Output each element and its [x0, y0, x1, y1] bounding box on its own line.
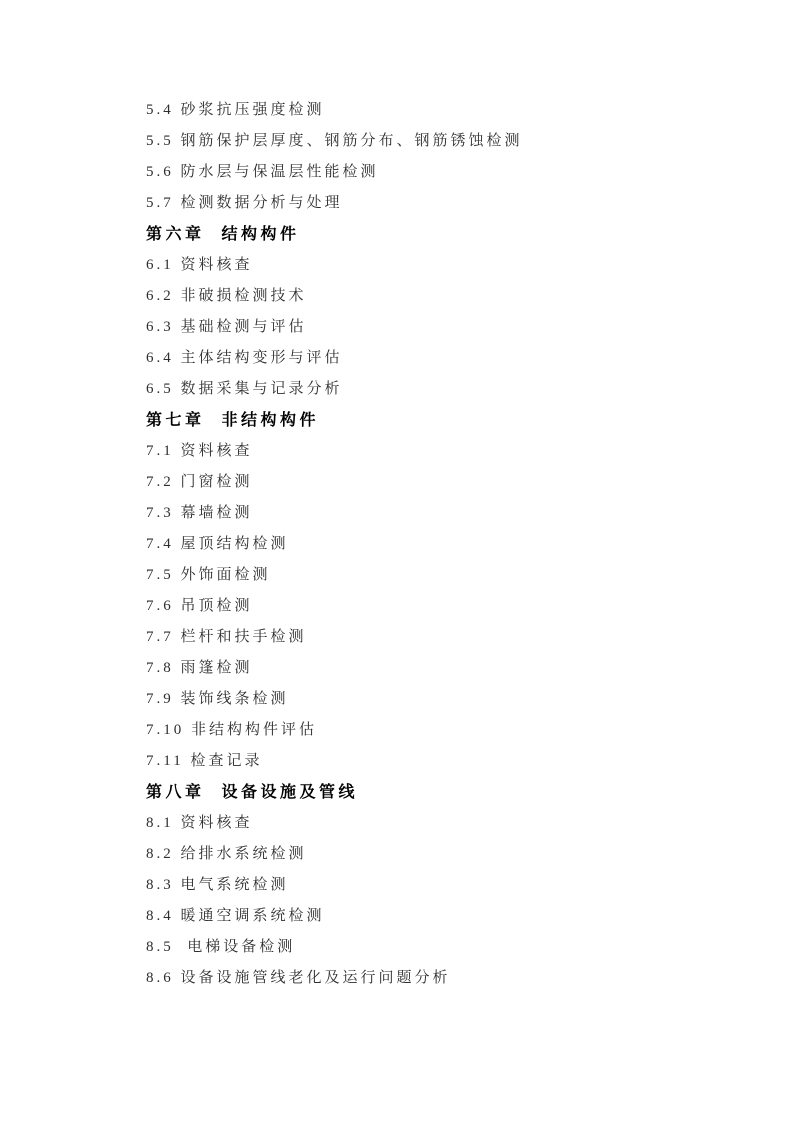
toc-item: 7.1 资料核查: [146, 436, 734, 467]
chapter-heading: 第七章 非结构构件: [146, 405, 734, 436]
toc-item: 6.3 基础检测与评估: [146, 312, 734, 343]
toc-item: 7.11 检查记录: [146, 746, 734, 777]
toc-item: 8.3 电气系统检测: [146, 870, 734, 901]
toc-item: 8.1 资料核查: [146, 808, 734, 839]
toc-item: 6.4 主体结构变形与评估: [146, 343, 734, 374]
toc-item: 7.8 雨篷检测: [146, 653, 734, 684]
toc-item: 7.7 栏杆和扶手检测: [146, 622, 734, 653]
toc-item: 7.4 屋顶结构检测: [146, 529, 734, 560]
toc-item: 5.4 砂浆抗压强度检测: [146, 95, 734, 126]
document-page: 5.4 砂浆抗压强度检测5.5 钢筋保护层厚度、钢筋分布、钢筋锈蚀检测5.6 防…: [0, 0, 794, 1123]
toc-item: 8.4 暖通空调系统检测: [146, 901, 734, 932]
toc-item: 5.5 钢筋保护层厚度、钢筋分布、钢筋锈蚀检测: [146, 126, 734, 157]
toc-item: 7.5 外饰面检测: [146, 560, 734, 591]
chapter-heading: 第八章 设备设施及管线: [146, 777, 734, 808]
toc-item: 6.1 资料核查: [146, 250, 734, 281]
toc-item: 6.5 数据采集与记录分析: [146, 374, 734, 405]
toc-item: 7.2 门窗检测: [146, 467, 734, 498]
toc-item: 8.6 设备设施管线老化及运行问题分析: [146, 963, 734, 994]
toc-item: 7.10 非结构构件评估: [146, 715, 734, 746]
toc-item: 8.2 给排水系统检测: [146, 839, 734, 870]
toc-item: 5.7 检测数据分析与处理: [146, 188, 734, 219]
toc-item: 7.3 幕墙检测: [146, 498, 734, 529]
chapter-heading: 第六章 结构构件: [146, 219, 734, 250]
toc-item: 7.9 装饰线条检测: [146, 684, 734, 715]
toc-item: 8.5 电梯设备检测: [146, 932, 734, 963]
toc-item: 6.2 非破损检测技术: [146, 281, 734, 312]
table-of-contents: 5.4 砂浆抗压强度检测5.5 钢筋保护层厚度、钢筋分布、钢筋锈蚀检测5.6 防…: [146, 95, 734, 994]
toc-item: 5.6 防水层与保温层性能检测: [146, 157, 734, 188]
toc-item: 7.6 吊顶检测: [146, 591, 734, 622]
